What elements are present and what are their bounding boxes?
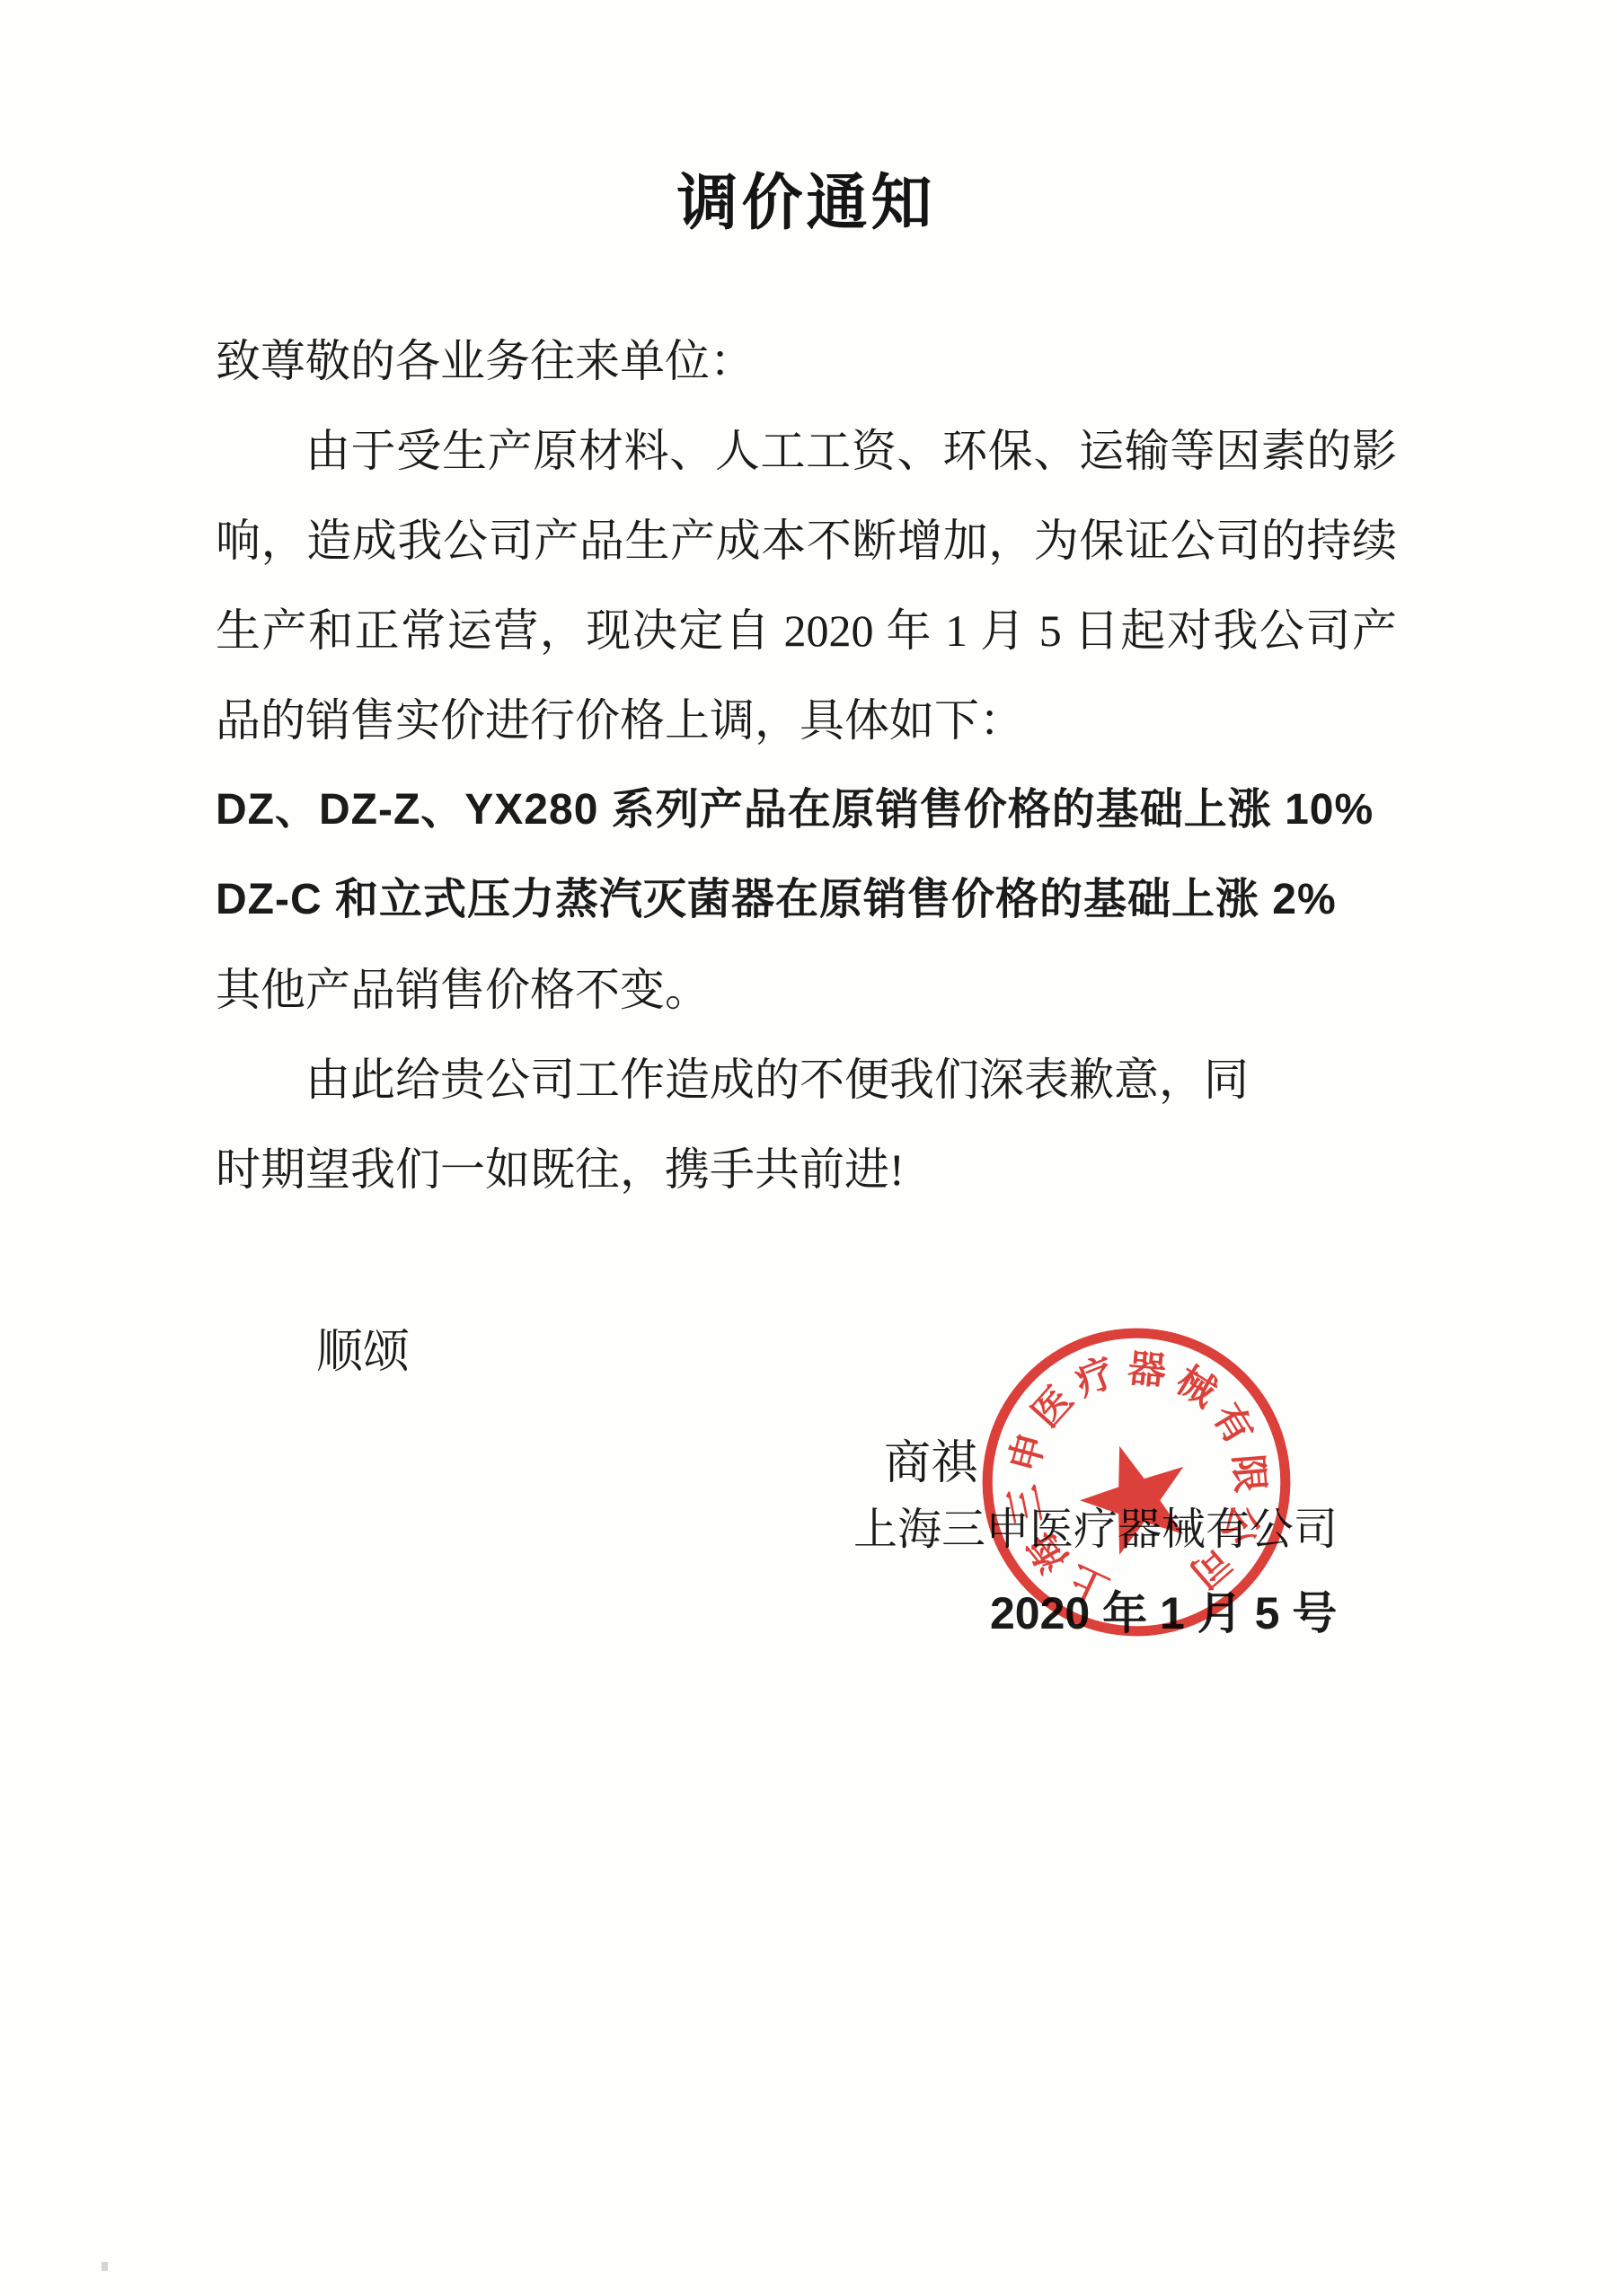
svg-text:医: 医 (1025, 1379, 1082, 1435)
svg-text:上: 上 (1063, 1557, 1115, 1612)
red-star-icon (1074, 1437, 1195, 1559)
body-line: 其他产品销售价格不变。 (216, 945, 1397, 1035)
body-line: 品的销售实价进行价格上调，具体如下： (216, 676, 1397, 765)
body-line: 响，造成我公司产品生产成本不断增加，为保证公司的持续 (216, 496, 1397, 586)
svg-text:疗: 疗 (1070, 1351, 1121, 1404)
svg-text:海: 海 (1020, 1523, 1077, 1580)
body-line: 生产和正常运营，现决定自 2020 年 1 月 5 日起对我公司产 (216, 586, 1397, 676)
svg-text:司: 司 (1181, 1538, 1238, 1594)
salutation-line: 致尊敬的各业务往来单位： (216, 316, 1397, 406)
price-increase-line-2pct: DZ-C 和立式压力蒸汽灭菌器在原销售价格的基础上涨 2% (216, 855, 1397, 945)
body-line: 由此给贵公司工作造成的不便我们深表歉意，同 (216, 1035, 1397, 1125)
svg-text:器: 器 (1126, 1347, 1168, 1393)
scan-speck-artifact (102, 2262, 108, 2271)
body-line: 由于受生产原材料、人工工资、环保、运输等因素的影 (216, 406, 1397, 496)
scanned-notice-page: 调价通知 致尊敬的各业务往来单位： 由于受生产原材料、人工工资、环保、运输等因素… (0, 0, 1617, 2296)
svg-text:有: 有 (1205, 1397, 1260, 1452)
closing-shunsong: 顺颂 (316, 1313, 410, 1381)
svg-text:公: 公 (1213, 1499, 1267, 1551)
notice-body: 致尊敬的各业务往来单位： 由于受生产原材料、人工工资、环保、运输等因素的影 响，… (216, 316, 1397, 1214)
svg-text:申: 申 (1003, 1429, 1053, 1477)
page-title: 调价通知 (216, 155, 1397, 242)
svg-text:三: 三 (1003, 1481, 1052, 1527)
price-increase-line-10pct: DZ、DZ-Z、YX280 系列产品在原销售价格的基础上涨 10% (216, 765, 1397, 855)
closing-shangqi: 商祺 (884, 1425, 977, 1492)
svg-text:限: 限 (1225, 1453, 1270, 1494)
company-seal-stamp: 上海三申医疗器械有限公司 (951, 1297, 1321, 1666)
svg-text:械: 械 (1169, 1359, 1224, 1416)
body-line: 时期望我们一如既往，携手共前进! (216, 1125, 1397, 1214)
